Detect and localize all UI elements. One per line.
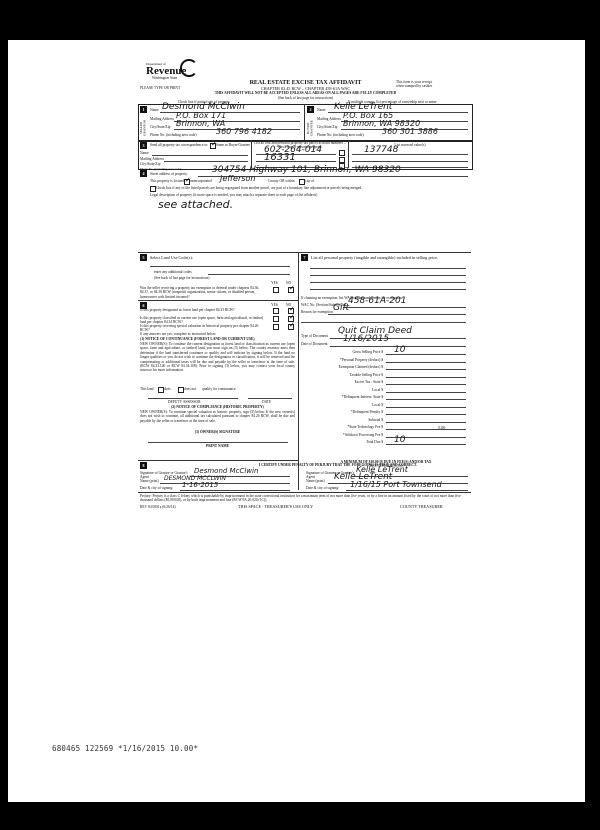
grantee-date-label: Date & city of signing: <box>306 486 339 490</box>
exemption-no-checkbox[interactable] <box>288 287 294 293</box>
land-use-label: Select Land Use Code(s): <box>150 255 193 260</box>
tax-row-label: Subtotal $ <box>303 418 383 422</box>
grantor-date[interactable]: 1-16-2015 <box>182 481 218 489</box>
exemption-yes-checkbox[interactable] <box>273 287 279 293</box>
correspondence-label: Send all property tax correspondence to: <box>150 143 208 147</box>
notice1-title: (1) NOTICE OF CONTINUANCE (FOREST LAND O… <box>140 337 295 341</box>
county-treasurer: COUNTY TREASURER <box>400 504 443 509</box>
section6-yes-checkbox[interactable] <box>273 324 279 330</box>
tax-row-label: *Delinquent Interest: State $ <box>303 395 383 399</box>
grantee-name-label: Name (print) <box>306 479 325 483</box>
date-label: DATE <box>262 400 271 404</box>
section-4-badge: 4 <box>140 170 147 177</box>
yes-header-5: YES <box>271 281 278 285</box>
section-5-badge: 5 <box>140 254 147 261</box>
doc-date-label: Date of Document <box>301 342 328 346</box>
notice2-title: (2) NOTICE OF COMPLIANCE (HISTORIC PROPE… <box>140 405 295 409</box>
owner-signature-label: (3) OWNER(S) SIGNATURE <box>140 430 295 434</box>
seller-city-label: City/State/Zip <box>150 125 170 129</box>
section6-yes-checkbox[interactable] <box>273 316 279 322</box>
section6-question: Is this property designated as forest la… <box>140 308 265 312</box>
yes-header-6: YES <box>271 303 278 307</box>
section6-no-checkbox[interactable] <box>288 324 294 330</box>
cashier-stamp: 680465 122569 *1/16/2015 10.00* <box>52 744 198 753</box>
notice2-body: NEW OWNER(S): To continue special valuat… <box>140 410 295 423</box>
tax-row-label: *Personal Property (deduct) $ <box>303 358 383 362</box>
seller-mailing-label: Mailing Address <box>150 117 174 121</box>
tax-row-label: Gross Selling Price $ <box>303 350 383 354</box>
buyer-side-label: BUYER GRANTEE <box>307 118 314 138</box>
section-3-badge: 3 <box>140 142 147 149</box>
land-use-see-back: (See back of last page for instructions) <box>154 276 210 280</box>
corr-name-label: Name <box>140 151 149 155</box>
tax-row-label: Excise Tax : State $ <box>303 380 383 384</box>
tax-row-label: Local $ <box>303 388 383 392</box>
additional-codes-label: enter any additional codes <box>154 270 192 274</box>
does-label: does <box>164 387 171 391</box>
form-warning: THIS AFFIDAVIT WILL NOT BE ACCEPTED UNLE… <box>138 91 473 95</box>
tax-row-label: *State Technology Fee $ <box>303 425 383 429</box>
grantor-signature[interactable]: Desmond McClwin <box>194 467 258 475</box>
buyer-phone[interactable]: 360 301 3886 <box>382 127 438 136</box>
wac-number[interactable]: 458-61A-201 <box>348 296 406 306</box>
receipt-note: This form is your receipt when stamped b… <box>396 80 466 89</box>
grantee-date[interactable]: 1/16/15 Port Townsend <box>350 480 442 489</box>
located-label: This property is located in <box>150 179 188 183</box>
notice1-body: NEW OWNER(S): To continue the current de… <box>140 342 295 373</box>
seller-name-label: Name <box>150 108 159 112</box>
county-label: County OR within <box>268 179 295 183</box>
grantor-name-label: Name (print) <box>140 479 159 483</box>
unincorporated-label: unincorporated <box>190 179 212 183</box>
personal-property-checkbox[interactable] <box>339 150 345 156</box>
scanned-page: Department of Revenue Washington State P… <box>8 40 585 802</box>
doc-type-label: Type of Document <box>301 334 328 338</box>
seller-phone-label: Phone No. (including area code) <box>150 133 197 137</box>
grantor-date-label: Date & city of signing: <box>140 486 173 490</box>
section6-yes-checkbox[interactable] <box>273 308 279 314</box>
this-land-label: This land <box>140 387 153 391</box>
tax-row-label: Taxable Selling Price $ <box>303 373 383 377</box>
tax-row-label: *Delinquent Penalty $ <box>303 410 383 414</box>
section-2-badge: 2 <box>307 106 314 113</box>
buyer-name-label: Name <box>317 108 326 112</box>
if-yes-note: If any answers are yes, complete as inst… <box>140 332 290 336</box>
treasurer-only: THIS SPACE - TREASURER'S USE ONLY <box>238 504 313 509</box>
personal-property-label: List all personal property (tangible and… <box>311 255 466 260</box>
tax-row-label: *Affidavit Processing Fee $ <box>303 433 383 437</box>
receipt-note-2: when stamped by cashier <box>396 84 466 88</box>
legal-label: Legal description of property (if more s… <box>150 193 317 197</box>
exemption-reason[interactable]: Gift <box>333 303 349 313</box>
city-of-label: city of <box>305 179 314 183</box>
buyer-phone-label: Phone No. (including area code) <box>317 133 364 137</box>
logo-swirl-icon <box>180 59 198 77</box>
corr-mailing-label: Mailing Address <box>140 157 164 161</box>
qualify-label: qualify for continuance. <box>202 387 236 391</box>
does-not-label: does not <box>184 387 196 391</box>
deputy-assessor-label: DEPUTY ASSESSOR <box>168 400 201 404</box>
tax-row-label: Local $ <box>303 403 383 407</box>
section-7-badge: 7 <box>301 254 308 261</box>
section-8-badge: 8 <box>140 462 147 469</box>
perjury-note: Perjury: Perjury is a class C felony whi… <box>140 494 470 503</box>
county-name[interactable]: Jefferson <box>220 174 255 183</box>
personal-property-checkbox[interactable] <box>339 157 345 163</box>
tax-row-label: Exemption Claimed (deduct) $ <box>303 365 383 369</box>
exemption-question: Was the seller receiving a property tax … <box>140 286 265 299</box>
buyer-mailing-label: Mailing Address <box>317 117 341 121</box>
section-1-badge: 1 <box>140 106 147 113</box>
street-label: Street address of property: <box>150 172 188 176</box>
print-name-label: PRINT NAME <box>140 444 295 448</box>
form-number: REV 84 0001a (6/26/14) <box>140 505 176 509</box>
same-as-buyer-label: Same as Buyer/Grantee <box>216 143 250 147</box>
segregated-text: Check box if any of the listed parcels a… <box>156 186 362 190</box>
buyer-city-label: City/State/Zip <box>317 125 337 129</box>
doc-date[interactable]: 1/16/2015 <box>343 334 389 344</box>
seller-phone[interactable]: 360 796 4182 <box>216 127 272 136</box>
corr-city-label: City/State/Zip <box>140 162 160 166</box>
legal-description[interactable]: see attached. <box>158 198 233 211</box>
seller-side-label: SELLER GRANTOR <box>140 118 147 138</box>
tax-row-label: Total Due $ <box>303 440 383 444</box>
